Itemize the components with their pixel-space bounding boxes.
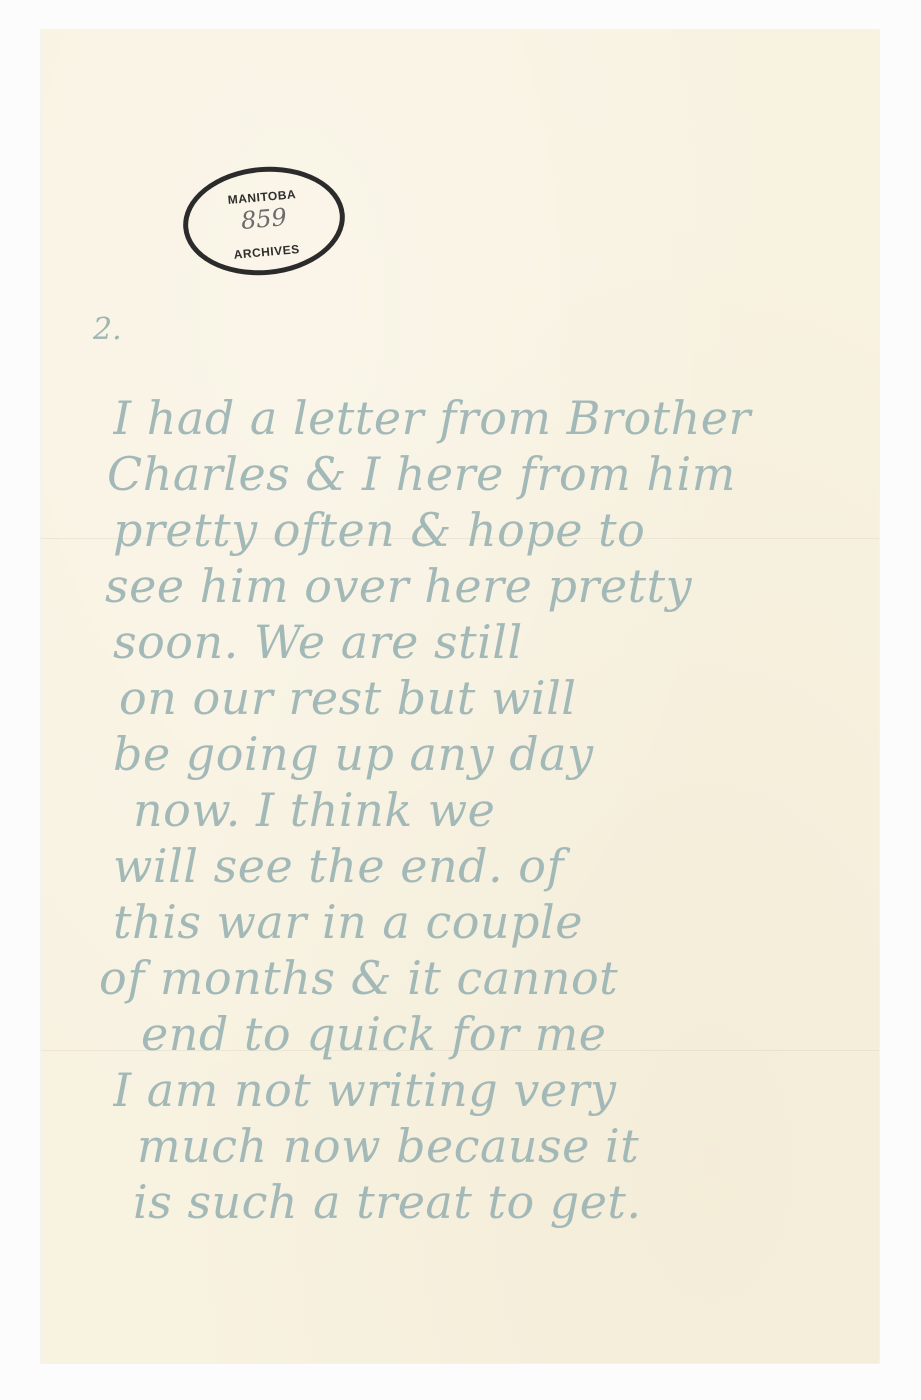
letter-line: is such a treat to get. <box>133 1174 883 1230</box>
page-number: 2. <box>93 312 122 347</box>
letter-line: will see the end. of <box>113 838 883 894</box>
letter-line: I am not writing very <box>113 1062 883 1118</box>
letter-line: be going up any day <box>113 726 883 782</box>
letter-line: end to quick for me <box>141 1006 883 1062</box>
letter-body: I had a letter from Brother Charles & I … <box>113 390 883 1230</box>
letter-line: of months & it cannot <box>99 950 883 1006</box>
letter-line: see him over here pretty <box>105 558 883 614</box>
stamp-bottom-text: ARCHIVES <box>190 238 343 265</box>
letter-line: this war in a couple <box>113 894 883 950</box>
letter-line: soon. We are still <box>113 614 883 670</box>
letter-line: now. I think we <box>133 782 883 838</box>
letter-line: I had a letter from Brother <box>113 390 883 446</box>
letter-line: pretty often & hope to <box>113 502 883 558</box>
archives-stamp: MANITOBA 859 ARCHIVES <box>179 160 350 282</box>
letter-line: much now because it <box>137 1118 883 1174</box>
letter-line: on our rest but will <box>119 670 883 726</box>
letter-page: MANITOBA 859 ARCHIVES 2. I had a letter … <box>41 30 879 1363</box>
letter-line: Charles & I here from him <box>107 446 883 502</box>
